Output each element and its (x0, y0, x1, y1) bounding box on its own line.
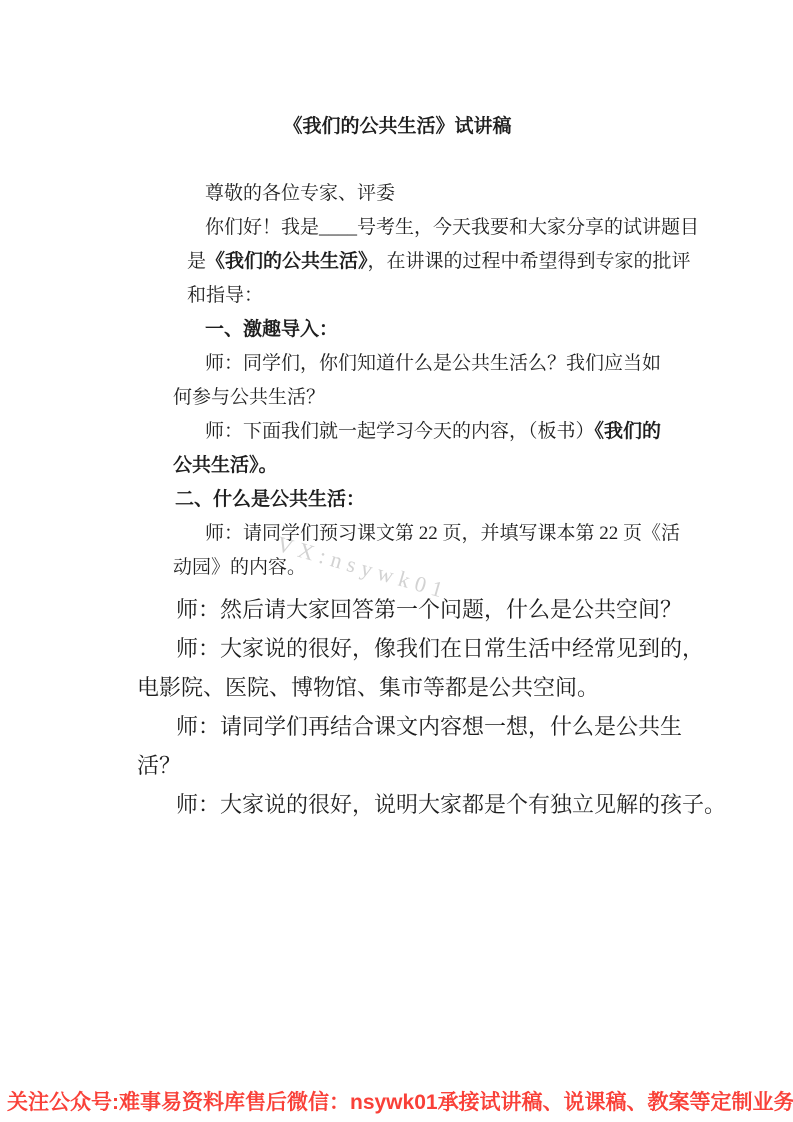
footer-wechat-id: 售后微信：nsywk01 (245, 1086, 438, 1116)
footer-services: 承接试讲稿、说课稿、教案等定制业务 (438, 1086, 793, 1116)
lesson-title-bold: 《我们的公共生活》 (206, 251, 368, 272)
teacher-line-5b: 电影院、医院、博物馆、集市等都是公共空间。 (137, 668, 658, 707)
teacher-line-3a: 师：请同学们预习课文第 22 页，并填写课本第 22 页《活 (205, 517, 658, 551)
teacher-line-7: 师：大家说的很好，说明大家都是个有独立见解的孩子。 (176, 785, 658, 824)
promo-footer: 关注公众号:难事易资料库 售后微信：nsywk01 承接试讲稿、说课稿、教案等定… (7, 1086, 788, 1116)
intro-line-1: 你们好！我是____号考生，今天我要和大家分享的试讲题目 (205, 211, 658, 245)
document-page: VX:nsywk01 《我们的公共生活》试讲稿 尊敬的各位专家、评委 你们好！我… (0, 0, 793, 1122)
teacher-line-1b: 何参与公共生活？ (173, 381, 658, 415)
teacher-line-6a: 师：请同学们再结合课文内容想一想，什么是公共生 (176, 707, 658, 746)
teacher-line-2b: 公共生活》。 (173, 449, 658, 483)
teacher-line-2a-pre: 师：下面我们就一起学习今天的内容，（板书） (205, 421, 595, 442)
section-2-heading: 二、什么是公共生活： (175, 483, 658, 517)
section-1-heading: 一、激趣导入： (205, 313, 658, 347)
intro-line-2-post: ，在讲课的过程中希望得到专家的批评 (368, 251, 691, 272)
teacher-line-5a: 师：大家说的很好，像我们在日常生活中经常见到的， (176, 629, 658, 668)
doc-title: 《我们的公共生活》试讲稿 (137, 110, 658, 144)
teacher-line-4: 师：然后请大家回答第一个问题，什么是公共空间？ (176, 590, 658, 629)
footer-public-account: 关注公众号:难事易资料库 (7, 1086, 245, 1116)
teacher-line-3b: 动园》的内容。 (173, 551, 658, 585)
intro-line-3: 和指导： (187, 279, 658, 313)
intro-line-2: 是《我们的公共生活》，在讲课的过程中希望得到专家的批评 (187, 245, 658, 279)
document-body: 《我们的公共生活》试讲稿 尊敬的各位专家、评委 你们好！我是____号考生，今天… (137, 110, 658, 824)
teacher-line-6b: 活？ (137, 746, 658, 785)
intro-line-2-pre: 是 (187, 251, 206, 272)
board-title-bold: 《我们的 (595, 421, 662, 442)
greeting-line: 尊敬的各位专家、评委 (205, 177, 658, 211)
teacher-line-1a: 师：同学们，你们知道什么是公共生活么？我们应当如 (205, 347, 658, 381)
teacher-line-2a: 师：下面我们就一起学习今天的内容，（板书）《我们的 (205, 415, 658, 449)
